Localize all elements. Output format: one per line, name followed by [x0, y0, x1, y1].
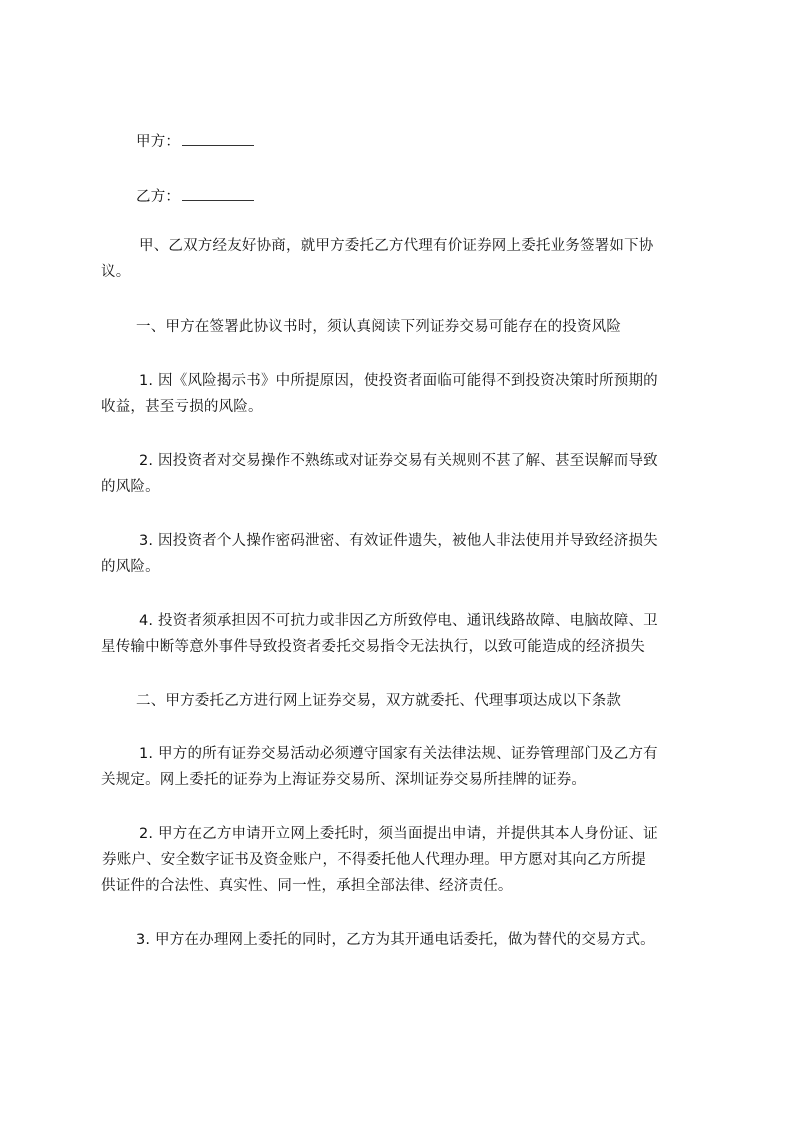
section1-item2-line2: 的风险。	[101, 477, 160, 497]
section1-heading: 一、甲方在签署此协议书时，须认真阅读下列证券交易可能存在的投资风险	[136, 317, 621, 337]
intro-line-2: 议。	[101, 262, 130, 282]
party-a-label: 甲方：	[136, 134, 180, 150]
section1-item1-line1: 1. 因《风险揭示书》中所提原因，使投资者面临可能得不到投资决策时所预期的	[139, 371, 658, 391]
section2-item1-line1: 1. 甲方的所有证券交易活动必须遵守国家有关法律法规、证券管理部门及乙方有	[139, 744, 658, 764]
party-a-blank	[182, 131, 254, 146]
section1-item1-line2: 收益，甚至亏损的风险。	[101, 397, 263, 417]
party-b-blank	[182, 186, 254, 201]
intro-line-1: 甲、乙双方经友好协商，就甲方委托乙方代理有价证券网上委托业务签署如下协	[139, 236, 654, 256]
party-a-line: 甲方：	[136, 131, 254, 152]
section1-item3-line1: 3. 因投资者个人操作密码泄密、有效证件遗失，被他人非法使用并导致经济损失	[139, 531, 658, 551]
section2-item2-line1: 2. 甲方在乙方申请开立网上委托时，须当面提出申请，并提供其本人身份证、证	[139, 824, 658, 844]
party-b-line: 乙方：	[136, 186, 254, 207]
section2-item3-line1: 3. 甲方在办理网上委托的同时，乙方为其开通电话委托，做为替代的交易方式。	[136, 930, 655, 950]
section1-item3-line2: 的风险。	[101, 557, 160, 577]
section1-item2-line1: 2. 因投资者对交易操作不熟练或对证券交易有关规则不甚了解、甚至误解而导致	[139, 451, 658, 471]
section2-item1-line2: 关规定。网上委托的证券为上海证券交易所、深圳证券交易所挂牌的证券。	[101, 770, 586, 790]
section1-item4-line1: 4. 投资者须承担因不可抗力或非因乙方所致停电、通讯线路故障、电脑故障、卫	[139, 611, 658, 631]
party-b-label: 乙方：	[136, 189, 180, 205]
section2-item2-line2: 券账户、安全数字证书及资金账户，不得委托他人代理办理。甲方愿对其向乙方所提	[102, 850, 646, 870]
section1-item4-line2: 星传输中断等意外事件导致投资者委托交易指令无法执行，以致可能造成的经济损失	[101, 637, 645, 657]
section2-heading: 二、甲方委托乙方进行网上证券交易，双方就委托、代理事项达成以下条款	[136, 691, 621, 711]
section2-item2-line3: 供证件的合法性、真实性、同一性，承担全部法律、经济责任。	[101, 876, 513, 896]
